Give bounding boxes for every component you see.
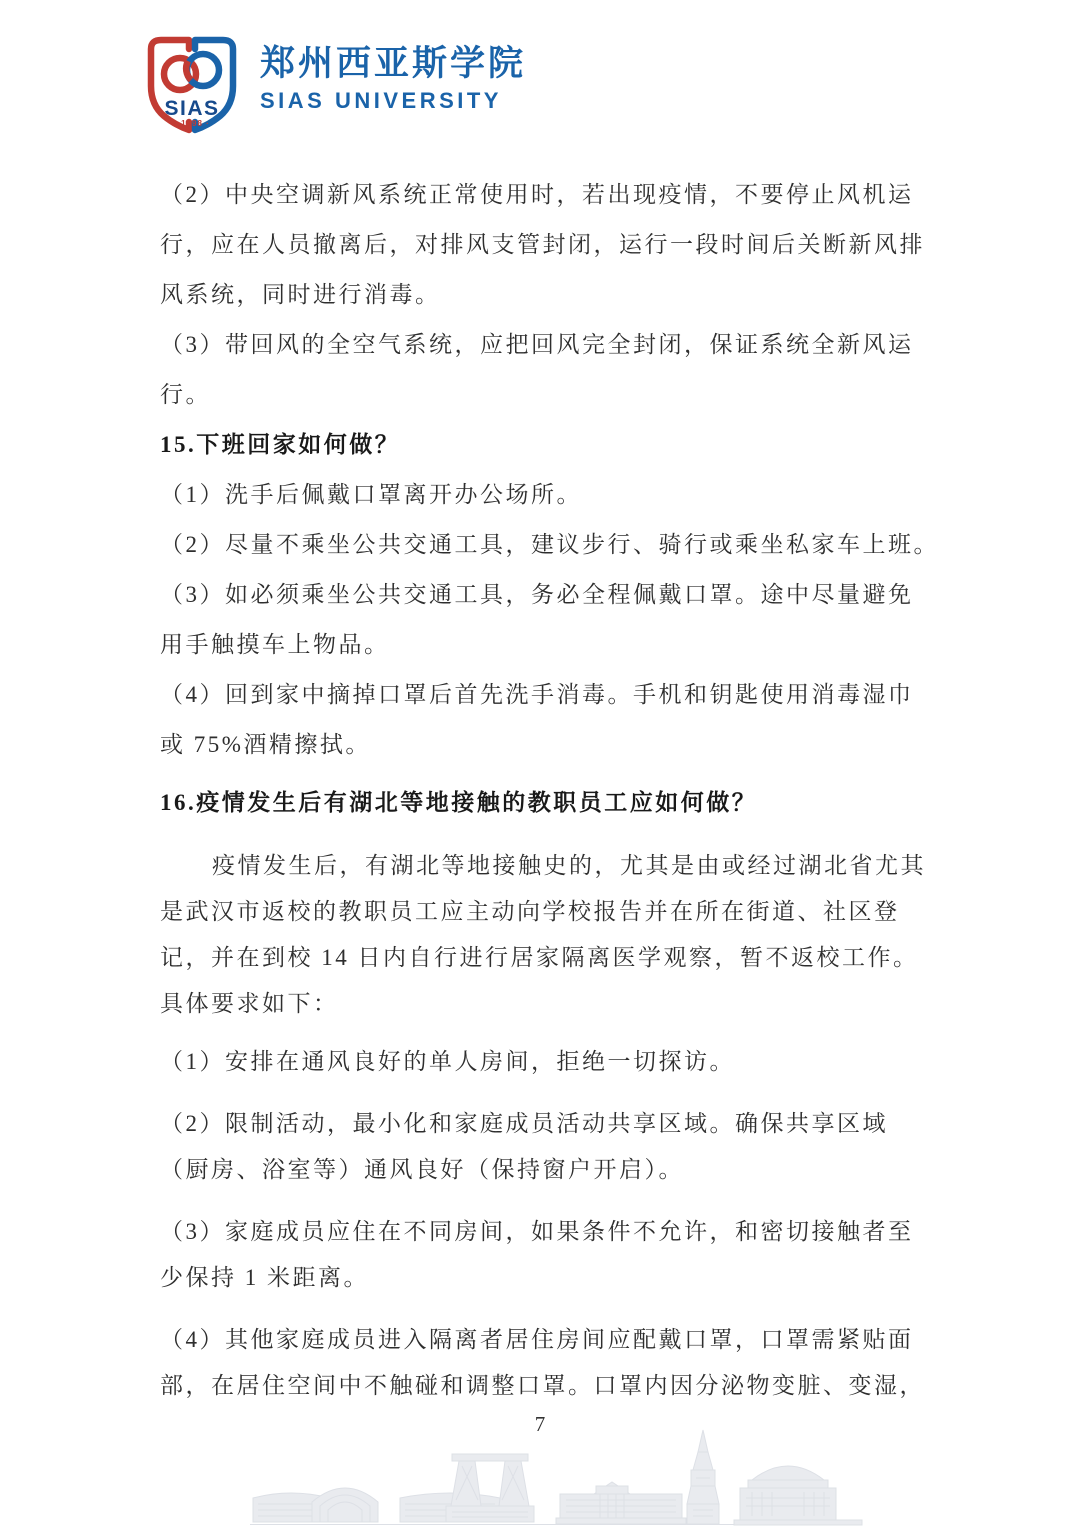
text-line: （1）洗手后佩戴口罩离开办公场所。 xyxy=(160,470,950,520)
text-line: （3）如必须乘坐公共交通工具，务必全程佩戴口罩。途中尽量避免 xyxy=(160,570,950,620)
university-name-cn: 郑州西亚斯学院 xyxy=(260,42,526,86)
text-line: 记，并在到校 14 日内自行进行居家隔离医学观察，暂不返校工作。 xyxy=(160,935,950,981)
text-line: （2）尽量不乘坐公共交通工具，建议步行、骑行或乘坐私家车上班。 xyxy=(160,520,950,570)
section-heading: 15.下班回家如何做？ xyxy=(160,420,950,470)
shield-acronym: SIAS xyxy=(164,97,219,120)
section-heading: 16.疫情发生后有湖北等地接触的教职员工应如何做？ xyxy=(160,778,950,828)
sias-shield-icon: SIAS · 1998 · xyxy=(138,28,246,142)
text-line: （3）带回风的全空气系统，应把回风完全封闭，保证系统全新风运 xyxy=(160,320,950,370)
document-page: SIAS · 1998 · 郑州西亚斯学院 SIAS UNIVERSITY （2… xyxy=(0,0,1080,1528)
text-line: 风系统，同时进行消毒。 xyxy=(160,270,950,320)
text-line: 是武汉市返校的教职员工应主动向学校报告并在所在街道、社区登 xyxy=(160,889,950,935)
text-line: 具体要求如下： xyxy=(160,981,950,1027)
text-line: 用手触摸车上物品。 xyxy=(160,620,950,670)
campus-skyline-watermark-icon xyxy=(0,1428,1080,1528)
text-line: （4）回到家中摘掉口罩后首先洗手消毒。手机和钥匙使用消毒湿巾 xyxy=(160,670,950,720)
text-line: （厨房、浴室等）通风良好（保持窗户开启）。 xyxy=(160,1147,950,1193)
text-line: （3）家庭成员应住在不同房间，如果条件不允许，和密切接触者至 xyxy=(160,1209,950,1255)
logo-names: 郑州西亚斯学院 SIAS UNIVERSITY xyxy=(260,28,526,114)
text-line: （2）限制活动，最小化和家庭成员活动共享区域。确保共享区域 xyxy=(160,1101,950,1147)
text-line: 或 75%酒精擦拭。 xyxy=(160,720,950,770)
text-line: 疫情发生后，有湖北等地接触史的，尤其是由或经过湖北省尤其 xyxy=(160,843,950,889)
shield-year: · 1998 · xyxy=(174,119,210,128)
text-line: （4）其他家庭成员进入隔离者居住房间应配戴口罩，口罩需紧贴面 xyxy=(160,1317,950,1363)
text-line: 部，在居住空间中不触碰和调整口罩。口罩内因分泌物变脏、变湿， xyxy=(160,1363,950,1409)
text-line: 少保持 1 米距离。 xyxy=(160,1255,950,1301)
document-body: （2）中央空调新风系统正常使用时，若出现疫情，不要停止风机运行，应在人员撤离后，… xyxy=(160,170,950,1409)
text-line: 行。 xyxy=(160,370,950,420)
text-line: （1）安排在通风良好的单人房间，拒绝一切探访。 xyxy=(160,1039,950,1085)
text-line: （2）中央空调新风系统正常使用时，若出现疫情，不要停止风机运 xyxy=(160,170,950,220)
text-line: 行，应在人员撤离后，对排风支管封闭，运行一段时间后关断新风排 xyxy=(160,220,950,270)
university-name-en: SIAS UNIVERSITY xyxy=(260,88,526,114)
blue-ring-icon xyxy=(187,54,219,86)
sias-logo: SIAS · 1998 · 郑州西亚斯学院 SIAS UNIVERSITY xyxy=(138,28,526,142)
